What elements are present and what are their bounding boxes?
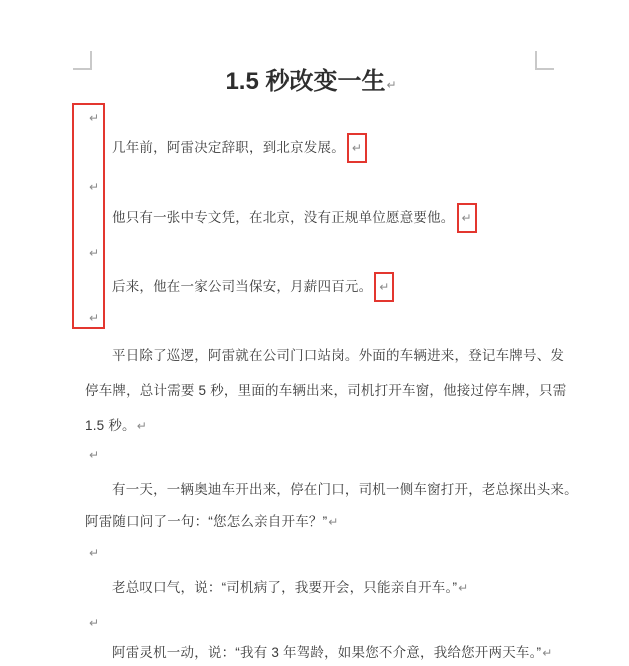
paragraph-line: 老总叹口气，说：“司机病了，我要开会，只能亲自开车。”↵ xyxy=(85,571,545,605)
highlight-box-paragraph-mark: ↵ xyxy=(374,272,394,302)
empty-paragraph: ↵ xyxy=(85,170,545,204)
paragraph-line: 阿雷随口问了一句：“您怎么亲自开车？”↵ xyxy=(85,505,545,539)
paragraph-mark-icon: ↵ xyxy=(457,581,468,595)
highlight-box-paragraph-mark: ↵ xyxy=(457,203,477,233)
paragraph-text[interactable]: 1.5 秒。 xyxy=(85,418,136,433)
paragraph-text[interactable]: 有一天，一辆奥迪车开出来，停在门口，司机一侧车窗打开，老总探出头来。 xyxy=(85,482,578,497)
paragraph-text[interactable]: 老总叹口气，说：“司机病了，我要开会，只能亲自开车。” xyxy=(85,580,457,595)
margin-corner-mark-right xyxy=(535,51,554,70)
paragraph-text[interactable]: 平日除了巡逻，阿雷就在公司门口站岗。外面的车辆进来，登记车牌号、发 xyxy=(85,348,564,363)
paragraph-line: 停车牌，总计需要 5 秒，里面的车辆出来，司机打开车窗，他接过停车牌，只需 xyxy=(85,374,545,408)
paragraph-mark-icon: ↵ xyxy=(85,546,99,560)
paragraph-line: 他只有一张中专文凭，在北京，没有正规单位愿意要他。↵ xyxy=(85,201,545,235)
paragraph-mark-icon: ↵ xyxy=(461,211,471,225)
paragraph-mark-icon: ↵ xyxy=(85,616,99,630)
paragraph-line: 平日除了巡逻，阿雷就在公司门口站岗。外面的车辆进来，登记车牌号、发 xyxy=(85,339,545,373)
paragraph-line: 有一天，一辆奥迪车开出来，停在门口，司机一侧车窗打开，老总探出头来。 xyxy=(85,473,545,507)
paragraph-mark-icon: ↵ xyxy=(327,515,338,529)
paragraph-mark-icon: ↵ xyxy=(385,78,396,92)
title-text[interactable]: 1.5 秒改变一生 xyxy=(225,68,385,95)
paragraph-text[interactable]: 后来，他在一家公司当保安，月薪四百元。 xyxy=(85,279,372,294)
paragraph-line: 后来，他在一家公司当保安，月薪四百元。↵ xyxy=(85,270,545,304)
paragraph-text[interactable]: 几年前，阿雷决定辞职，到北京发展。 xyxy=(85,140,345,155)
paragraph-mark-icon: ↵ xyxy=(136,419,147,433)
document-title[interactable]: 1.5 秒改变一生↵ xyxy=(85,63,537,101)
paragraph-mark-icon: ↵ xyxy=(85,448,99,462)
highlight-box-left-margin xyxy=(72,103,105,329)
empty-paragraph: ↵ xyxy=(85,236,545,270)
paragraph-text[interactable]: 阿雷随口问了一句：“您怎么亲自开车？” xyxy=(85,514,327,529)
paragraph-line: 阿雷灵机一动，说：“我有 3 年驾龄，如果您不介意，我给您开两天车。”↵ xyxy=(85,636,545,666)
paragraph-text[interactable]: 他只有一张中专文凭，在北京，没有正规单位愿意要他。 xyxy=(85,210,455,225)
paragraph-mark-icon: ↵ xyxy=(379,280,389,294)
empty-paragraph: ↵ xyxy=(85,101,545,135)
paragraph-mark-icon: ↵ xyxy=(352,141,362,155)
paragraph-text[interactable]: 阿雷灵机一动，说：“我有 3 年驾龄，如果您不介意，我给您开两天车。” xyxy=(85,645,541,660)
paragraph-text[interactable]: 停车牌，总计需要 5 秒，里面的车辆出来，司机打开车窗，他接过停车牌，只需 xyxy=(85,383,566,398)
empty-paragraph: ↵ xyxy=(85,301,545,335)
document-page[interactable]: 1.5 秒改变一生↵ ↵几年前，阿雷决定辞职，到北京发展。↵↵他只有一张中专文凭… xyxy=(0,0,629,666)
empty-paragraph: ↵ xyxy=(85,606,545,640)
paragraph-line: 几年前，阿雷决定辞职，到北京发展。↵ xyxy=(85,131,545,165)
empty-paragraph: ↵ xyxy=(85,438,545,472)
empty-paragraph: ↵ xyxy=(85,536,545,570)
highlight-box-paragraph-mark: ↵ xyxy=(347,133,367,163)
paragraph-mark-icon: ↵ xyxy=(541,646,552,660)
